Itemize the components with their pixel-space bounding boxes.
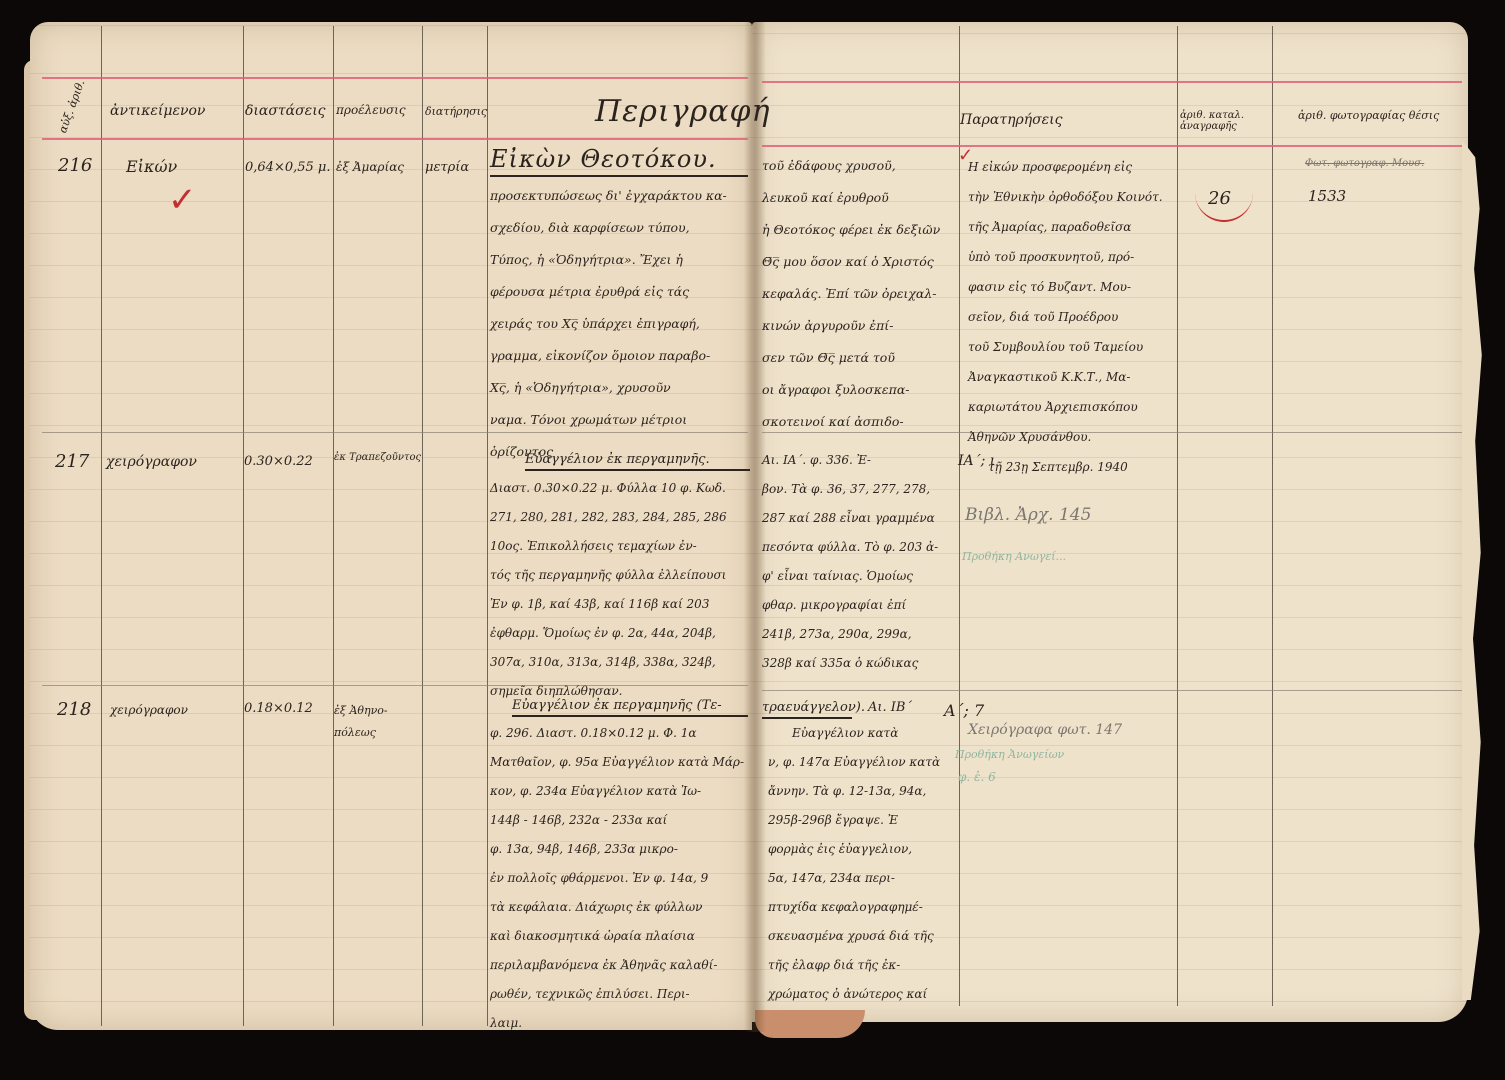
entry-provenance: ἐκ Τραπεζοῦντος [334, 452, 421, 463]
description-line: χρώματος ὁ ἀνώτερος καί [768, 980, 940, 1009]
header-bottom-rule [762, 145, 1462, 147]
description-line: ρωθέν, τεχνικῶς ἐπιλύσει. Περι- [490, 980, 744, 1009]
description-line: ν, φ. 147α Εὐαγγέλιον κατὰ [768, 748, 940, 777]
entry-dimensions: 0.30×0.22 [244, 454, 313, 469]
entry-dimensions: 0,64×0,55 μ. [245, 160, 331, 175]
description-line: περιλαμβανόμενα ἐκ Ἀθηνᾶς καλαθί- [490, 951, 744, 980]
entry-number: 216 [58, 155, 92, 176]
entry-description-right: Αι. ΙΑ΄. φ. 336. Ἐ- βον. Τὰ φ. 36, 37, 2… [762, 446, 938, 678]
entry-object: χειρόγραφον [106, 454, 197, 470]
description-line: ἐν πολλοῖς φθάρμενοι. Ἐν φ. 14α, 9 [490, 864, 744, 893]
description-line: Τύπος, ἡ «Ὁδηγήτρια». Ἔχει ἡ [490, 244, 727, 276]
column-rule [101, 26, 102, 1026]
remarks-line: τῆς Ἀμαρίας, παραδοθεῖσα [968, 212, 1163, 242]
entry-description-era: Αι. ΙΒ΄ [868, 700, 912, 715]
entry-description-left: προσεκτυπώσεως δι' ἐγχαράκτου κα- σχεδίο… [490, 180, 727, 468]
description-line: λαιμ. [490, 1009, 744, 1038]
torn-page-edge [1462, 140, 1484, 1000]
entry-description-title-cont: τραευάγγελον). [762, 700, 852, 719]
description-line: τῆς ἐλαφρ διά τῆς ἐκ- [768, 951, 940, 980]
description-line: κον, φ. 234α Εὐαγγέλιον κατὰ Ἰω- [490, 777, 744, 806]
description-line: Αι. ΙΑ΄. φ. 336. Ἐ- [762, 446, 938, 475]
header-remarks: Παρατηρήσεις [960, 112, 1063, 128]
description-line: 10ος. Ἐπικολλήσεις τεμαχίων ἐν- [490, 532, 727, 561]
column-rule [1177, 26, 1178, 1006]
description-line: πεσόντα φύλλα. Τὸ φ. 203 ἀ- [762, 533, 938, 562]
header-top-rule [762, 81, 1462, 83]
description-line: οι ἄγραφοι ξυλοσκεπα- [762, 374, 940, 406]
entry-dimensions: 0.18×0.12 [244, 701, 313, 716]
entry-remarks-green-line: φ. ἐ. 6 [958, 770, 996, 784]
header-catalogue-no: ἀριθ. καταλ. ἀναγραφῆς [1180, 110, 1275, 132]
remarks-line: σεῖον, διά τοῦ Προέδρου [968, 302, 1163, 332]
entry-photo-no-struck: Φωτ. φωτογραφ. Μουσ. [1305, 158, 1424, 169]
entry-photo-no: 1533 [1308, 187, 1346, 205]
entry-provenance: ἐξ Ἀμαρίας [336, 160, 404, 174]
description-line: σκευασμένα χρυσά διά τῆς [768, 922, 940, 951]
remarks-line: τὴν Ἐθνικὴν ὀρθοδόξου Κοινότ. [968, 182, 1163, 212]
description-line: 287 καί 288 εἶναι γραμμένα [762, 504, 938, 533]
description-line: 144β - 146β, 232α - 233α καί [490, 806, 744, 835]
entry-remarks: Η εἰκών προσφερομένη εἰς τὴν Ἐθνικὴν ὀρθ… [968, 152, 1163, 482]
remarks-line: Ἀναγκαστικοῦ Κ.Κ.Τ., Μα- [968, 362, 1163, 392]
ledger-spread: αὐξ. ἀριθ. ἀντικείμενον διαστάσεις προέλ… [0, 0, 1505, 1080]
torn-page-corner [755, 1010, 865, 1038]
description-line: ἄννην. Τὰ φ. 12-13α, 94α, [768, 777, 940, 806]
entry-description-title: Εὐαγγέλιον ἐκ περγαμηνῆς. [525, 452, 750, 471]
remarks-line: Η εἰκών προσφερομένη εἰς [968, 152, 1163, 182]
description-line: κινών ἀργυροῦν ἐπί- [762, 310, 940, 342]
entry-object: Εἰκών [126, 157, 177, 176]
description-line: χειράς του Χ̅ς̅ ὑπάρχει ἐπιγραφή, [490, 308, 727, 340]
entry-remarks-pencil: Χειρόγραφα φωτ. 147 [968, 722, 1122, 738]
entry-remarks: ΙΑ΄; ι [958, 453, 995, 469]
description-line: σχεδίου, διὰ καρφίσεων τύπου, [490, 212, 727, 244]
red-check-mark-icon: ✓ [168, 180, 197, 220]
description-line: φορμὰς ἐις ἐὐαγγελιον, [768, 835, 940, 864]
remarks-line: φασιν εἰς τό Βυζαντ. Μου- [968, 272, 1163, 302]
remarks-line: ὑπὸ τοῦ προσκυνητοῦ, πρό- [968, 242, 1163, 272]
header-description: Περιγραφή [595, 94, 770, 129]
description-line: Ἐν φ. 1β, καί 43β, καί 116β καί 203 [490, 590, 727, 619]
entry-description-left: Διαστ. 0.30×0.22 μ. Φύλλα 10 φ. Κωδ. 271… [490, 474, 727, 706]
entry-remarks: Α΄; 7 [944, 701, 984, 720]
description-line: ἡ Θεοτόκος φέρει ἐκ δεξιῶν [762, 214, 940, 246]
entry-condition: μετρία [425, 160, 469, 175]
description-line: Χ̅ς̅, ἡ «Ὁδηγήτρια», χρυσοῦν [490, 372, 727, 404]
remarks-line: Ἀθηνῶν Χρυσάνθου. [968, 422, 1163, 452]
entry-description-left: φ. 296. Διαστ. 0.18×0.12 μ. Φ. 1α Ματθαῖ… [490, 719, 744, 1038]
entry-description-title: Εἰκὼν Θεοτόκου. [490, 145, 748, 177]
description-line: λευκοῦ καί ἐρυθροῦ [762, 182, 940, 214]
remarks-line: τοῦ Συμβουλίου τοῦ Ταμείου [968, 332, 1163, 362]
row-separator [762, 690, 1462, 691]
description-line: βον. Τὰ φ. 36, 37, 277, 278, [762, 475, 938, 504]
column-rule [959, 26, 960, 1006]
description-line: Θ̅ς̅ μου ὅσον καί ὁ Χριστός [762, 246, 940, 278]
description-line: γραμμα, εἰκονίζον ὅμοιον παραβο- [490, 340, 727, 372]
description-line: φ' εἶναι ταίνιας. Ὁμοίως [762, 562, 938, 591]
description-line: φέρουσα μέτρια ἐρυθρά εἰς τάς [490, 276, 727, 308]
column-rule [333, 26, 334, 1026]
column-rule [1272, 26, 1273, 1006]
description-line: τὰ κεφάλαια. Διάχωρις ἐκ φύλλων [490, 893, 744, 922]
description-line: πτυχίδα κεφαλογραφημέ- [768, 893, 940, 922]
description-line: 328β καί 335α ὁ κώδικας [762, 649, 938, 678]
entry-description-right: Εὐαγγέλιον κατὰ ν, φ. 147α Εὐαγγέλιον κα… [768, 719, 940, 1009]
header-object: ἀντικείμενον [110, 103, 205, 119]
description-line: 271, 280, 281, 282, 283, 284, 285, 286 [490, 503, 727, 532]
description-line: 295β-296β ἔγραψε. Ἐ [768, 806, 940, 835]
description-line: καὶ διακοσμητικά ὡραία πλαίσια [490, 922, 744, 951]
entry-remarks-green-line: Προθήκη Ἀνωγείων [955, 748, 1064, 761]
header-photo-no: ἀριθ. φωτογραφίας θέσις [1298, 110, 1468, 122]
description-line: προσεκτυπώσεως δι' ἐγχαράκτου κα- [490, 180, 727, 212]
column-rule [487, 26, 488, 1026]
description-line: 241β, 273α, 290α, 299α, [762, 620, 938, 649]
description-line: 5α, 147α, 234α περι- [768, 864, 940, 893]
entry-provenance: ἐξ Ἀθηνο- πόλεως [334, 700, 394, 744]
header-dimensions: διαστάσεις [245, 103, 326, 119]
header-provenance: προέλευσις [336, 103, 406, 117]
description-line: τοῦ ἐδάφους χρυσοῦ, [762, 150, 940, 182]
description-line: τός τῆς περγαμηνῆς φύλλα ἐλλείπουσι [490, 561, 727, 590]
description-line: φ. 13α, 94β, 146β, 233α μικρο- [490, 835, 744, 864]
header-condition: διατήρησις [425, 105, 487, 118]
entry-description-right: τοῦ ἐδάφους χρυσοῦ, λευκοῦ καί ἐρυθροῦ ἡ… [762, 150, 940, 438]
description-line: Εὐαγγέλιον κατὰ [768, 719, 940, 748]
entry-number: 218 [57, 699, 91, 720]
entry-number: 217 [55, 451, 89, 472]
description-line: ἐφθαρμ. Ὅμοίως ἐν φ. 2α, 44α, 204β, [490, 619, 727, 648]
description-line: φθαρ. μικρογραφίαι ἐπί [762, 591, 938, 620]
remarks-line: τῇ 23ῃ Σεπτεμβρ. 1940 [968, 452, 1163, 482]
entry-remarks-pencil: Βιβλ. Ἀρχ. 145 [965, 505, 1091, 525]
remarks-line: καριωτάτου Ἀρχιεπισκόπου [968, 392, 1163, 422]
entry-remarks-green: Προθήκη Ανωγεί... [962, 550, 1066, 563]
description-line: φ. 296. Διαστ. 0.18×0.12 μ. Φ. 1α [490, 719, 744, 748]
description-line: Ματθαῖον, φ. 95α Εὐαγγέλιον κατὰ Μάρ- [490, 748, 744, 777]
column-rule [422, 26, 423, 1026]
description-line: 307α, 310α, 313α, 314β, 338α, 324β, [490, 648, 727, 677]
header-bottom-rule [42, 138, 748, 140]
header-top-rule [42, 77, 748, 79]
description-line: σεν τῶν Θ̅ς̅ μετά τοῦ [762, 342, 940, 374]
description-line: κεφαλάς. Ἐπί τῶν ὀρειχαλ- [762, 278, 940, 310]
entry-description-title: Εὐαγγέλιον ἐκ περγαμηνῆς (Τε- [512, 698, 748, 717]
description-line: Διαστ. 0.30×0.22 μ. Φύλλα 10 φ. Κωδ. [490, 474, 727, 503]
column-rule [243, 26, 244, 1026]
description-line: ναμα. Τόνοι χρωμάτων μέτριοι [490, 404, 727, 436]
description-line: σκοτεινοί καί ἀσπιδο- [762, 406, 940, 438]
entry-object: χειρόγραφον [110, 703, 188, 717]
